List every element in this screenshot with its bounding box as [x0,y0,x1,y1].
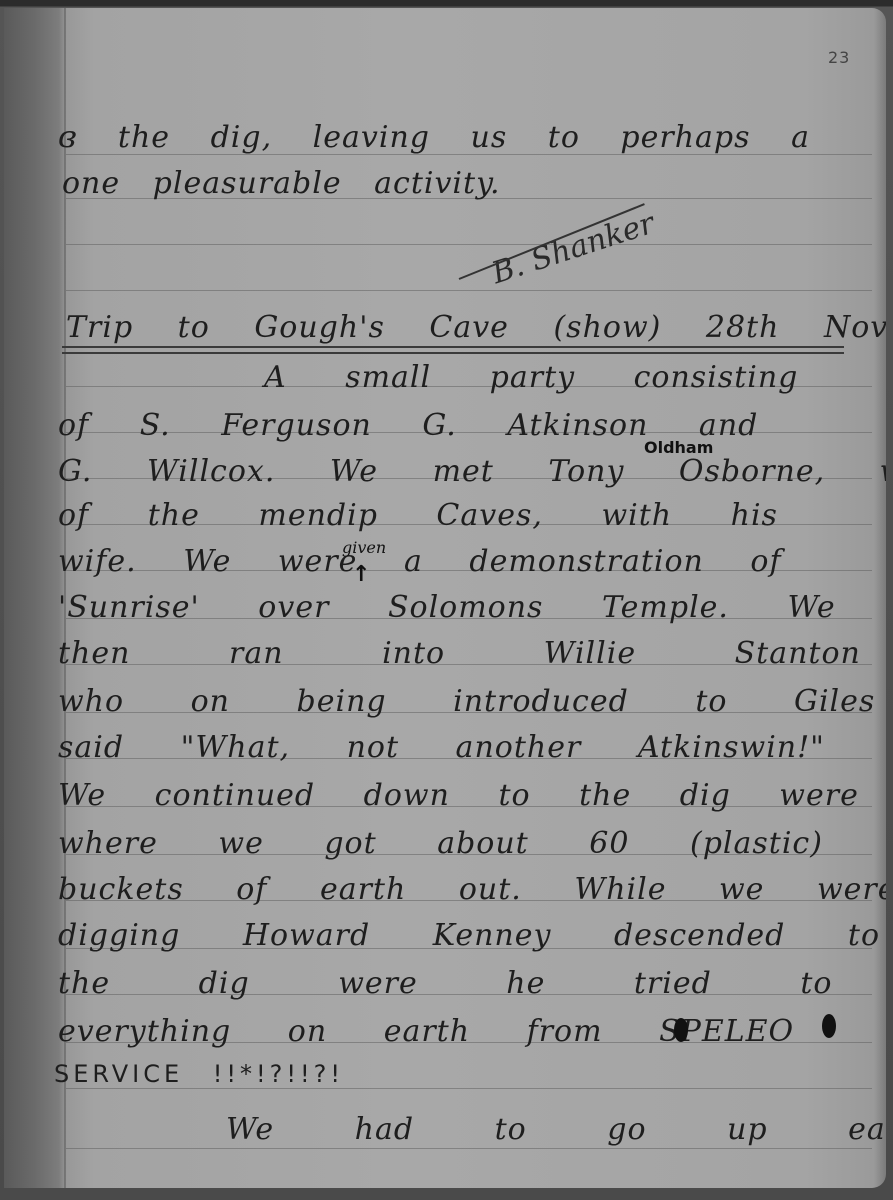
inserted-correction-name: Oldham [644,438,713,457]
caret-insert-icon: ↑ [352,562,370,587]
signature: B. Shanker [459,223,659,308]
entry-line: G. Willcox. We met Tony Osborne, writer [58,454,886,489]
entry-line: SERVICE !!*!?!!?! [54,1060,344,1088]
entry-line: wife. We were a demonstration of [58,544,782,579]
ruled-line [66,1088,872,1089]
entry-line: said "What, not another Atkinswin!" [58,730,825,765]
entry-heading: Trip to Gough's Cave (show) 28th Nov [66,310,886,345]
ruled-line [66,1148,872,1149]
entry-line: We continued down to the dig were [58,778,859,813]
inserted-correction-word: given [342,538,386,557]
entry-line: 'Sunrise' over Solomons Temple. We [58,590,836,625]
entry-line: then ran into Willie Stanton [58,636,861,671]
ink-blot [674,1018,688,1042]
continuation-line-2: one pleasurable activity. [62,166,501,201]
heading-underline [62,346,844,348]
entry-line: We had to go up early [226,1112,886,1147]
entry-line: where we got about 60 (plastic) [58,826,823,861]
ink-blot [822,1014,836,1038]
continuation-line-1: ɞ the dig, leaving us to perhaps a [58,120,810,155]
entry-line: of the mendip Caves, with his [58,498,778,533]
entry-line: A small party consisting [264,360,798,395]
entry-line: the dig were he tried to sell [58,966,886,1001]
entry-line: buckets of earth out. While we were [58,872,886,907]
entry-line: digging Howard Kenney descended to [58,918,880,953]
entry-line: who on being introduced to Giles [58,684,875,719]
heading-double-underline [62,352,844,354]
line-3-text: G. Willcox. We met Tony Osborne, writer [58,454,886,489]
page-number: 23 [828,48,850,67]
signature-text: B. Shanker [488,206,659,291]
notebook-page: 23 ɞ the dig, leaving us to perhaps a on… [4,8,886,1188]
